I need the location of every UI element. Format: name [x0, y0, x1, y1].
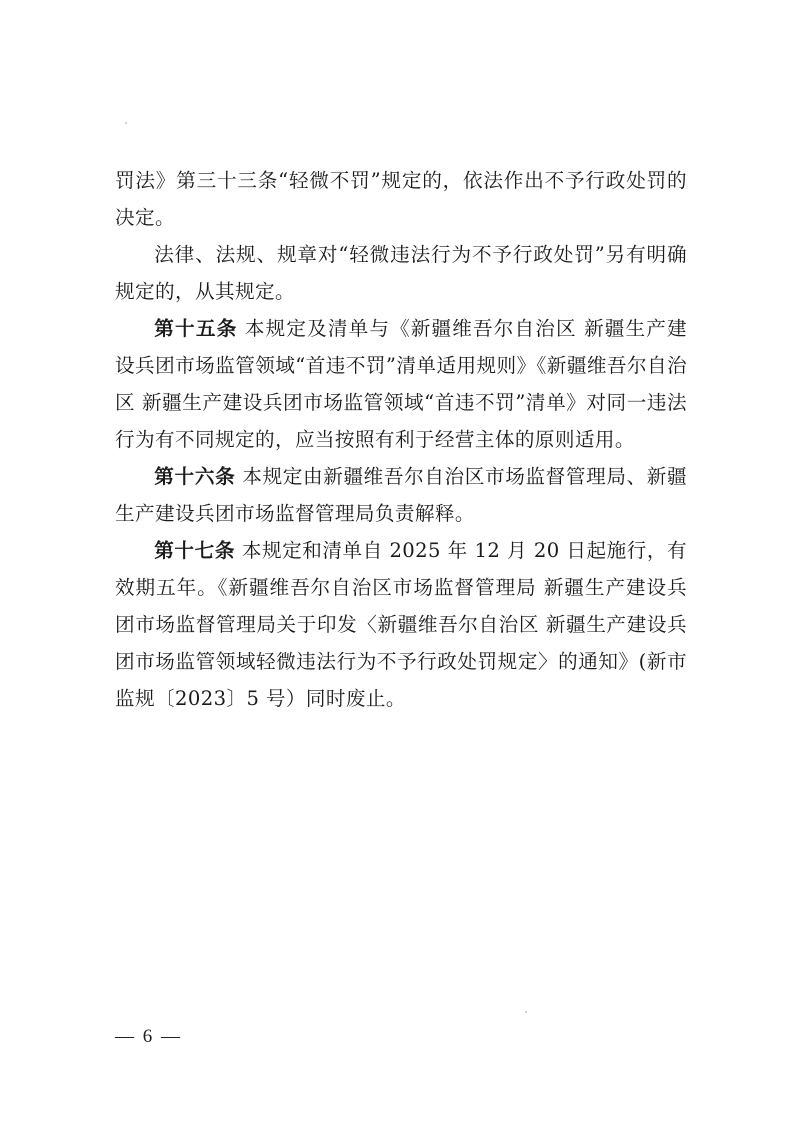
- article-15: 第十五条 本规定及清单与《新疆维吾尔自治区 新疆生产建设兵团市场监管领域“首违不…: [115, 310, 687, 458]
- document-page-body: 罚法》第三十三条“轻微不罚”规定的，依法作出不予行政处罚的决定。 法律、法规、规…: [115, 162, 687, 717]
- article-heading: 第十七条: [154, 539, 235, 562]
- page-number: — 6 —: [115, 1026, 182, 1048]
- scan-artifact: [525, 1011, 527, 1013]
- article-17: 第十七条 本规定和清单自 2025 年 12 月 20 日起施行，有效期五年。《…: [115, 532, 687, 717]
- article-heading: 第十六条: [154, 465, 235, 488]
- paragraph-continuation: 罚法》第三十三条“轻微不罚”规定的，依法作出不予行政处罚的决定。: [115, 162, 687, 236]
- paragraph-other-rules: 法律、法规、规章对“轻微违法行为不予行政处罚”另有明确规定的，从其规定。: [115, 236, 687, 310]
- paragraph-text: 法律、法规、规章对“轻微违法行为不予行政处罚”另有明确规定的，从其规定。: [115, 243, 687, 303]
- article-text: 本规定和清单自 2025 年 12 月 20 日起施行，有效期五年。《新疆维吾尔…: [115, 539, 687, 710]
- paragraph-text: 罚法》第三十三条“轻微不罚”规定的，依法作出不予行政处罚的决定。: [115, 169, 687, 229]
- article-heading: 第十五条: [154, 317, 237, 340]
- scan-artifact: [125, 122, 127, 124]
- article-16: 第十六条 本规定由新疆维吾尔自治区市场监督管理局、新疆生产建设兵团市场监督管理局…: [115, 458, 687, 532]
